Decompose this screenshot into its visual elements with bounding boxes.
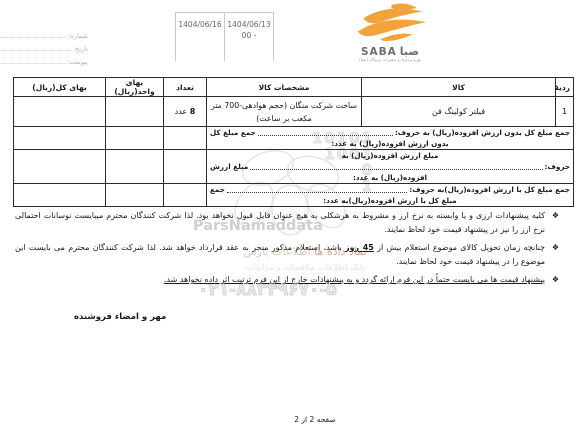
terms-notes: ❖ کلیه پیشنهادات ارزی و یا وابسته به نرخ… [15,209,559,291]
col-header-row-no: ردیف [556,78,574,97]
summary2-line2-tail: مبلغ ارزش [210,161,248,172]
summary3-line1-tail: جمع [210,184,225,195]
summary-row-total-with-vat: جمع مبلغ کل با ارزش افزوده(ریال)به حروف:… [14,184,574,207]
summary3-total-price-cell [14,184,106,207]
date-cell-right: 1404/06/13 00 - [225,13,274,61]
meta-number-row: شماره: [0,27,88,40]
logo-brand-fa: صبا [400,45,419,58]
note-form-submission: ❖ پیشنهاد قیمت ها می بایست حتماً در این … [15,273,559,287]
cell-qty: 8 عدد [164,97,207,127]
note2-highlight-45days: 45 روز [345,243,374,252]
col-header-specs: مشخصات کالا [207,78,362,97]
summary2-total-price-cell [14,150,106,184]
cell-item-name: فیلتر کولینگ فن [362,97,556,127]
qty-number: 8 [190,107,196,116]
summary2-qty-cell [164,150,207,184]
summary3-unit-price-cell [106,184,164,207]
meta-number-line [0,37,66,38]
table-header-row: ردیف کالا مشخصات کالا تعداد بهای واحد(ری… [14,78,574,97]
summary1-line1-pre: جمع مبلغ کل بدون ارزش افزوده(ریال) به حر… [395,127,570,138]
meta-attachment-label: پیوست: [65,58,88,66]
summary3-line2: مبلغ کل با ارزش افزوده(ریال)به عدد: [210,195,570,206]
meta-number-label: شماره: [66,32,88,40]
meta-date-label: تاریخ: [71,45,88,53]
logo-tagline: بهره برداری و تعمیرات نیروگاه (صبا) [334,58,446,63]
note3-text: پیشنهاد قیمت ها می بایست حتماً در این فر… [164,275,545,284]
note1-text: کلیه پیشنهادات ارزی و یا وابسته به نرخ ا… [15,211,545,234]
summary2-line2-pre: حروف: [545,161,570,172]
summary1-qty-cell [164,127,207,150]
items-table: ردیف کالا مشخصات کالا تعداد بهای واحد(ری… [13,77,574,207]
summary-row-vat-amount: مبلغ ارزش افزوده(ریال) به حروف: مبلغ ارز… [14,150,574,184]
note-currency-terms: ❖ کلیه پیشنهادات ارزی و یا وابسته به نرخ… [15,209,559,237]
summary1-line2: بدون ارزش افزوده(ریال) به عدد: [210,138,570,149]
cell-row-no: 1 [556,97,574,127]
date-cell-left: 1404/06/16 [176,13,225,61]
summary1-unit-price-cell [106,127,164,150]
saba-logo-icon [342,3,438,41]
cell-total-price [14,97,106,127]
meta-attachment-line [0,63,65,64]
summary-label-total-without-vat: جمع مبلغ کل بدون ارزش افزوده(ریال) به حر… [207,127,574,150]
date-right-time: 00 - [225,30,273,41]
company-logo: SABA صبا بهره برداری و تعمیرات نیروگاه (… [328,3,452,63]
summary-row-total-without-vat: جمع مبلغ کل بدون ارزش افزوده(ریال) به حر… [14,127,574,150]
note-delivery-terms: ❖ چنانچه زمان تحویل کالای موضوع استعلام … [15,241,559,269]
seller-signature-label: مهر و امضاء فروشنده [74,312,166,322]
col-header-qty: تعداد [164,78,207,97]
summary2-unit-price-cell [106,150,164,184]
diamond-bullet-icon: ❖ [552,273,559,287]
meta-attachment-row: پیوست: [0,53,88,66]
dotted-leader [227,192,407,193]
date-left-value: 1404/06/16 [176,19,224,30]
dotted-leader [250,169,542,170]
diamond-bullet-icon: ❖ [552,241,559,255]
meta-date-row: تاریخ: [0,40,88,53]
summary1-line1-tail: جمع مبلغ کل [210,127,256,138]
date-box-table: 1404/06/16 1404/06/13 00 - [175,12,274,61]
summary2-line3: افزوده(ریال) به عدد: [210,172,570,183]
cell-item-specs: ساخت شرکت منگان (حجم هوادهی-700 متر مکعب… [207,97,362,127]
document-page: 10101 1001 0 1 ParsNamaddata نماد داده ه… [0,0,576,438]
summary3-line1-pre: جمع مبلغ کل با ارزش افزوده(ریال)به حروف: [409,184,570,195]
summary1-total-price-cell [14,127,106,150]
col-header-unit-price: بهای واحد(ریال) [106,78,164,97]
col-header-total-price: بهای کل(ریال) [14,78,106,97]
diamond-bullet-icon: ❖ [552,209,559,223]
dotted-leader [258,135,393,136]
summary-label-total-with-vat: جمع مبلغ کل با ارزش افزوده(ریال)به حروف:… [207,184,574,207]
table-row: 1 فیلتر کولینگ فن ساخت شرکت منگان (حجم ه… [14,97,574,127]
meta-date-line [0,50,71,51]
qty-unit: عدد [175,107,188,116]
date-right-value: 1404/06/13 [225,19,273,30]
logo-brand-en: SABA [361,46,397,58]
cell-unit-price [106,97,164,127]
col-header-item: کالا [362,78,556,97]
note2-text-before: چنانچه زمان تحویل کالای موضوع استعلام بی… [374,243,545,252]
summary3-qty-cell [164,184,207,207]
page-number: صفحه 2 از 2 [255,415,375,424]
summary-label-vat-amount: مبلغ ارزش افزوده(ریال) به حروف: مبلغ ارز… [207,150,574,184]
header-meta-fields: شماره: تاریخ: پیوست: [0,27,88,66]
logo-wordmark: SABA صبا [328,45,452,58]
summary2-line1: مبلغ ارزش افزوده(ریال) به [210,150,570,161]
